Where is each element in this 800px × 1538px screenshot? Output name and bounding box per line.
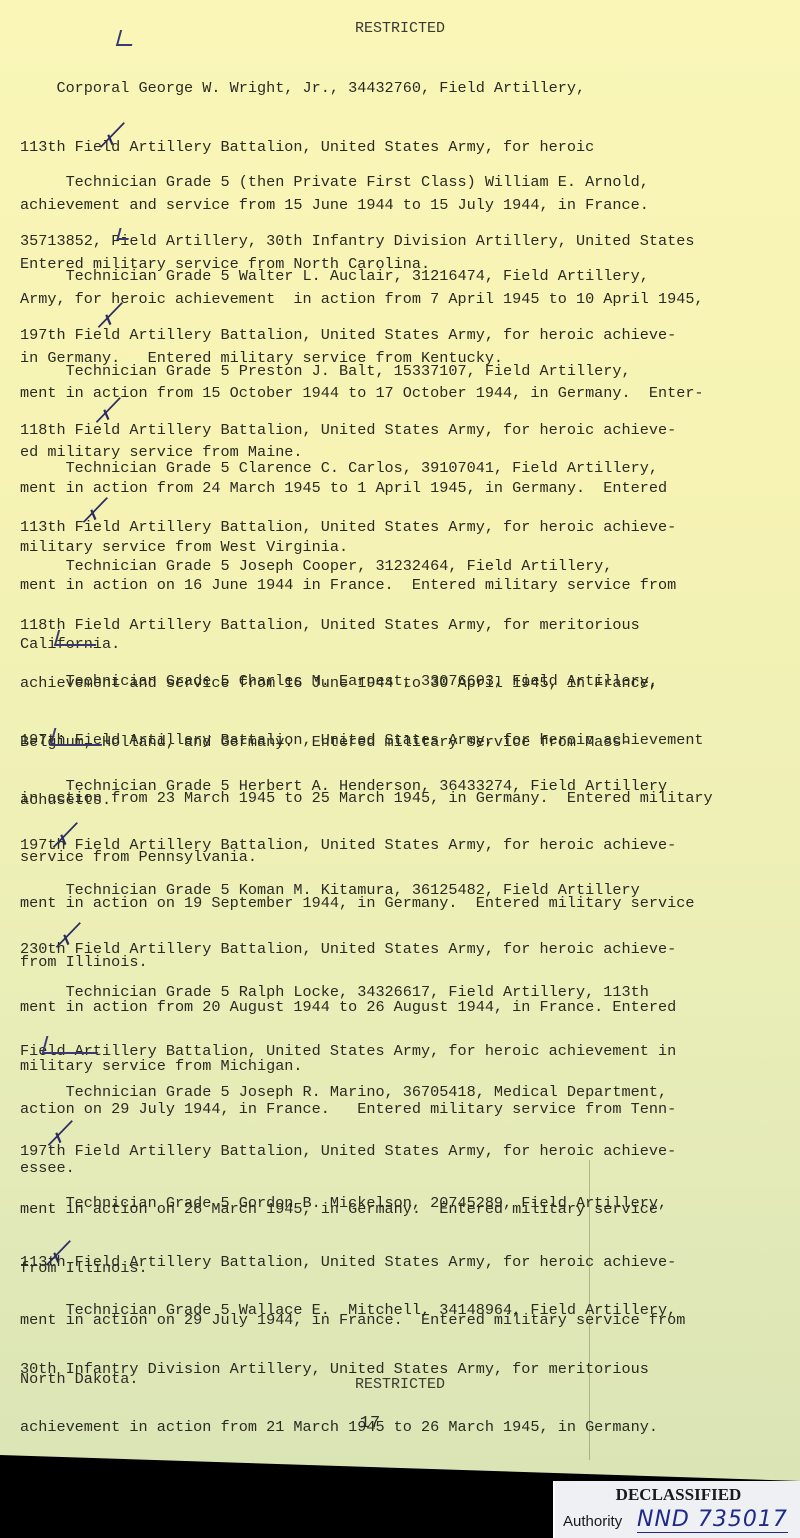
stamp-authority-label: Authority	[563, 1513, 622, 1530]
check-mark-icon	[47, 1128, 82, 1148]
page-number: 17	[0, 1414, 740, 1433]
stamp-title: DECLASSIFIED	[555, 1485, 800, 1505]
entry-line: Technician Grade 5 Ralph Locke, 34326617…	[20, 983, 785, 1003]
entry-line: Technician Grade 5 Joseph R. Marino, 367…	[20, 1083, 785, 1103]
entry-line: Technician Grade 5 Charles M. Earnest, 3…	[20, 672, 785, 692]
entry-line: Technician Grade 5 Gordon B. Mickelson, …	[20, 1194, 785, 1214]
entry-line: Technician Grade 5 Wallace E. Mitchell, …	[20, 1301, 785, 1321]
declassified-stamp: DECLASSIFIED Authority NND 735017	[553, 1481, 800, 1538]
entry-line: Technician Grade 5 (then Private First C…	[20, 173, 785, 193]
entry-line: Technician Grade 5 Joseph Cooper, 312324…	[20, 557, 785, 577]
entry-line: Technician Grade 5 Preston J. Balt, 1533…	[20, 362, 785, 382]
document-page: RESTRICTED Corporal George W. Wright, Jr…	[0, 0, 800, 1538]
entry-line: Corporal George W. Wright, Jr., 34432760…	[20, 79, 785, 99]
entry-line: Technician Grade 5 Walter L. Auclair, 31…	[20, 267, 785, 287]
stamp-authority-value: NND 735017	[637, 1507, 788, 1533]
entry-line: Technician Grade 5 Clarence C. Carlos, 3…	[20, 459, 785, 479]
entry-line: Technician Grade 5 Herbert A. Henderson,…	[20, 777, 785, 797]
entry-line: Technician Grade 5 Koman M. Kitamura, 36…	[20, 881, 785, 901]
restricted-footer: RESTRICTED	[0, 1376, 800, 1393]
